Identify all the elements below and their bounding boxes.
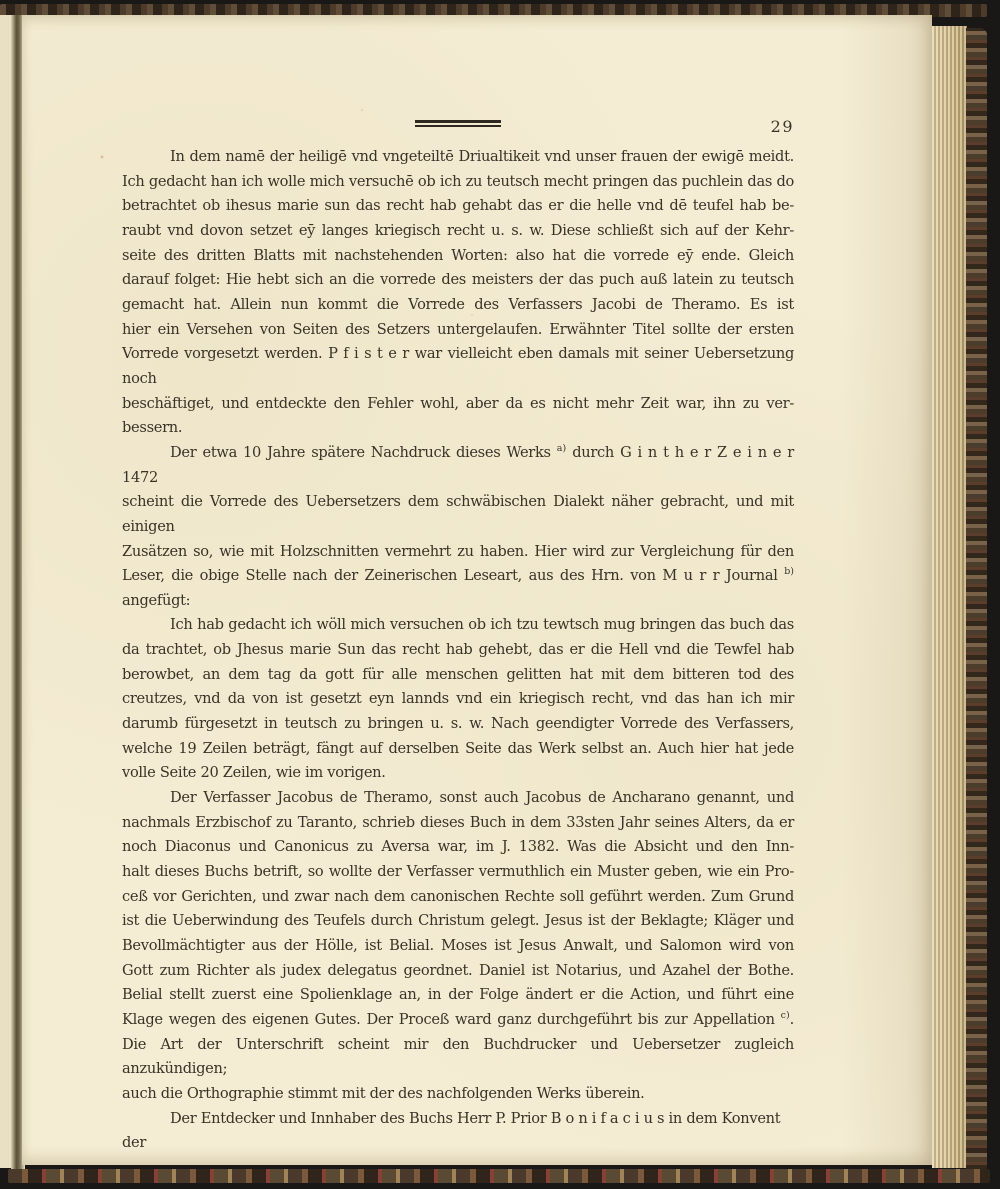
text-line: Ich gedacht han ich wolle mich versuchē … bbox=[122, 170, 794, 195]
text-line: da trachtet, ob Jhesus marie Sun das rec… bbox=[122, 638, 794, 663]
book-page: 29 In dem namē der heiligē vnd vngeteilt… bbox=[22, 15, 932, 1165]
footnote-marker: c) bbox=[781, 1010, 790, 1021]
text-line: Leser, die obige Stelle nach der Zeineri… bbox=[122, 564, 794, 589]
text-line: darauf folget: Hie hebt sich an die vorr… bbox=[122, 268, 794, 293]
bottom-edge-marble bbox=[8, 1169, 990, 1183]
text-line: gemacht hat. Allein nun kommt die Vorred… bbox=[122, 293, 794, 318]
text-line: welche 19 Zeilen beträgt, fängt auf ders… bbox=[122, 737, 794, 762]
text-line: Zusätzen so, wie mit Holzschnitten verme… bbox=[122, 540, 794, 565]
text-line: beschäftiget, und entdeckte den Fehler w… bbox=[122, 392, 794, 417]
text-line: Die Art der Unterschrift scheint mir den… bbox=[122, 1033, 794, 1082]
text-line: bessern. bbox=[122, 416, 794, 441]
text-line: Belial stellt zuerst eine Spolienklage a… bbox=[122, 983, 794, 1008]
text-line: angefügt: bbox=[122, 589, 794, 614]
rule-bar-thick bbox=[415, 120, 501, 123]
footnote-marker: a) bbox=[557, 443, 566, 454]
text-line: Ich hab gedacht ich wöll mich versuchen … bbox=[122, 613, 794, 638]
text-line: ist die Ueberwindung des Teufels durch C… bbox=[122, 909, 794, 934]
text-line: seite des dritten Blatts mit nachstehend… bbox=[122, 244, 794, 269]
paragraph: Der Verfasser Jacobus de Theramo, sonst … bbox=[122, 786, 794, 1107]
page-edge-stack bbox=[932, 26, 967, 1168]
text-line: auch die Orthographie stimmt mit der des… bbox=[122, 1082, 794, 1107]
fore-edge-marble bbox=[966, 28, 987, 1174]
text-line: hier ein Versehen von Seiten des Setzers… bbox=[122, 318, 794, 343]
text-line: Klage wegen des eigenen Gutes. Der Proce… bbox=[122, 1008, 794, 1033]
paragraph: In dem namē der heiligē vnd vngeteiltē D… bbox=[122, 145, 794, 441]
text-line: In dem namē der heiligē vnd vngeteiltē D… bbox=[122, 145, 794, 170]
text-line: Der Verfasser Jacobus de Theramo, sonst … bbox=[122, 786, 794, 811]
text-line: Bevollmächtigter aus der Hölle, ist Beli… bbox=[122, 934, 794, 959]
paragraph: Der etwa 10 Jahre spätere Nachdruck dies… bbox=[122, 441, 794, 614]
text-line: ceß vor Gerichten, und zwar nach dem can… bbox=[122, 885, 794, 910]
text-line: Gott zum Richter als judex delegatus geo… bbox=[122, 959, 794, 984]
text-line: scheint die Vorrede des Uebersetzers dem… bbox=[122, 490, 794, 539]
text-line: nachmals Erzbischof zu Taranto, schrieb … bbox=[122, 811, 794, 836]
text-block: In dem namē der heiligē vnd vngeteiltē D… bbox=[122, 145, 794, 1156]
text-line: creutzes, vnd da von ist gesetzt eyn lan… bbox=[122, 687, 794, 712]
rule-bar-thin bbox=[415, 125, 501, 127]
text-line: noch Diaconus und Canonicus zu Aversa wa… bbox=[122, 835, 794, 860]
text-line: Der Entdecker und Innhaber des Buchs Her… bbox=[122, 1107, 794, 1132]
text-line: darumb fürgesetzt in teutsch zu bringen … bbox=[122, 712, 794, 737]
section-divider-rule bbox=[415, 120, 501, 129]
text-line: Vorrede vorgesetzt werden. P f i s t e r… bbox=[122, 342, 794, 391]
text-line: raubt vnd dovon setzet eȳ langes kriegis… bbox=[122, 219, 794, 244]
text-line: berowbet, an dem tag da gott für alle me… bbox=[122, 663, 794, 688]
text-line: Der etwa 10 Jahre spätere Nachdruck dies… bbox=[122, 441, 794, 490]
text-line: betrachtet ob ihesus marie sun das recht… bbox=[122, 194, 794, 219]
text-line: halt dieses Buchs betrift, so wollte der… bbox=[122, 860, 794, 885]
footnote-marker: b) bbox=[784, 566, 794, 577]
paragraph: Ich hab gedacht ich wöll mich versuchen … bbox=[122, 613, 794, 786]
catchword: der bbox=[122, 1131, 794, 1156]
paragraph: Der Entdecker und Innhaber des Buchs Her… bbox=[122, 1107, 794, 1132]
text-line: volle Seite 20 Zeilen, wie im vorigen. bbox=[122, 761, 794, 786]
